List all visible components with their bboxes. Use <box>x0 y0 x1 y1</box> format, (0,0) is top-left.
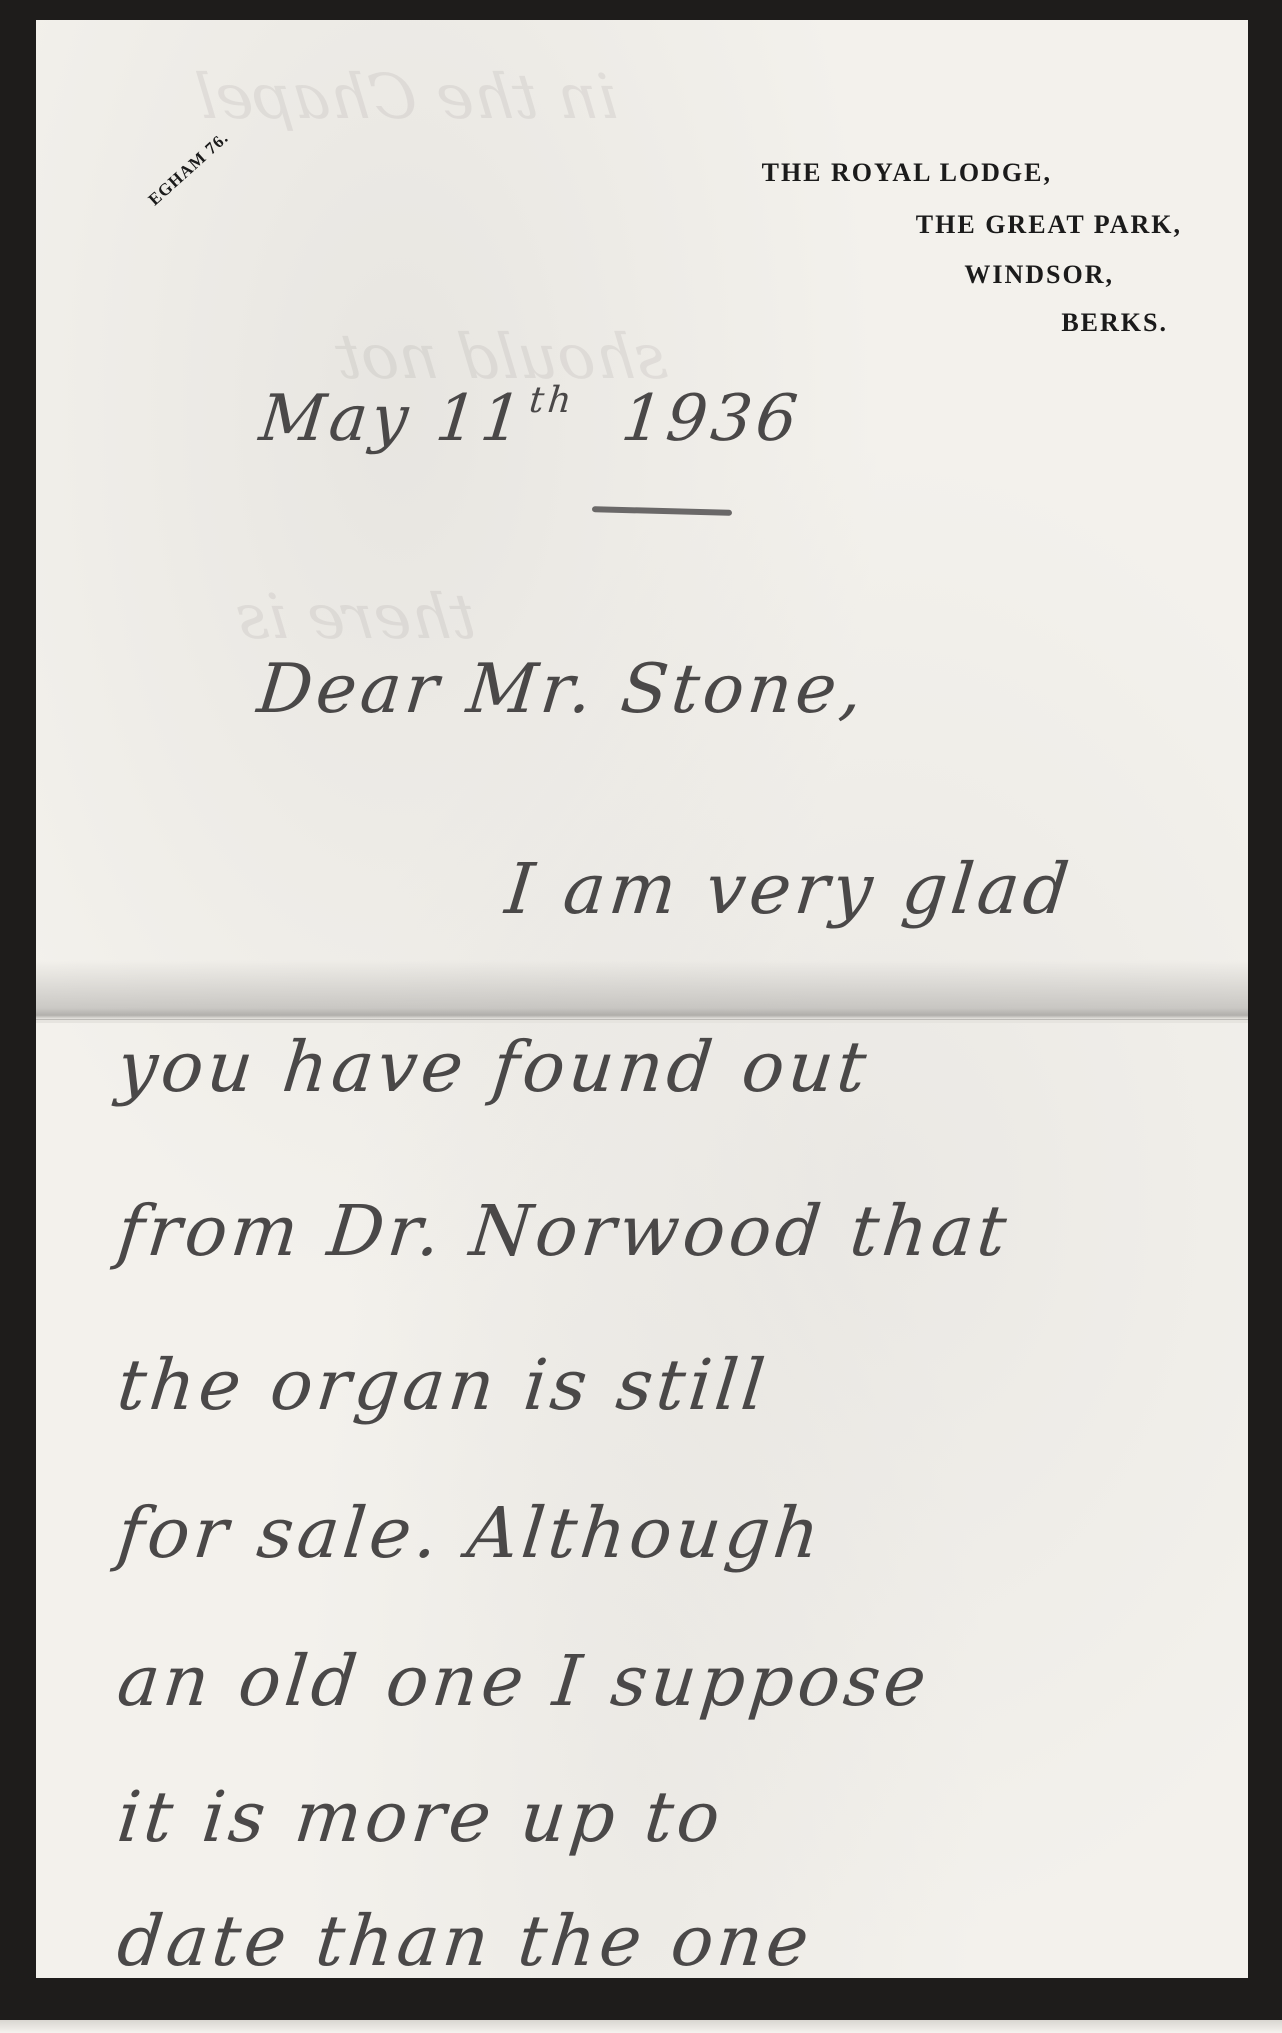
fold-crease <box>36 1019 1248 1023</box>
address-line: WINDSOR, <box>964 262 1114 288</box>
letter-paper: in the Chapel should not there is EGHAM … <box>36 20 1248 1978</box>
address-line: THE ROYAL LODGE, <box>762 160 1052 186</box>
body-line: you have found out <box>114 1026 874 1108</box>
date-suffix: th <box>527 380 577 421</box>
body-line: for sale. Although <box>114 1492 828 1574</box>
body-line: from Dr. Norwood that <box>114 1190 1014 1272</box>
date-year: 1936 <box>618 382 805 456</box>
body-line: date than the one <box>114 1900 817 1982</box>
show-through-text: there is <box>232 580 479 653</box>
letter-date: May 11th 1936 <box>256 380 805 456</box>
address-line: BERKS. <box>1061 310 1168 336</box>
fold-shadow <box>36 960 1248 1020</box>
date-month-day: May 11 <box>256 382 529 456</box>
telephone-stamp: EGHAM 76. <box>145 128 233 210</box>
body-line: I am very glad <box>502 848 1077 930</box>
body-line: an old one I suppose <box>114 1640 934 1722</box>
show-through-text: in the Chapel <box>192 60 621 133</box>
address-line: THE GREAT PARK, <box>916 212 1182 238</box>
scan-edge <box>0 2020 1282 2033</box>
date-underline <box>592 506 732 516</box>
body-line: it is more up to <box>114 1776 728 1858</box>
salutation: Dear Mr. Stone, <box>254 650 870 729</box>
body-line: the organ is still <box>114 1344 773 1426</box>
